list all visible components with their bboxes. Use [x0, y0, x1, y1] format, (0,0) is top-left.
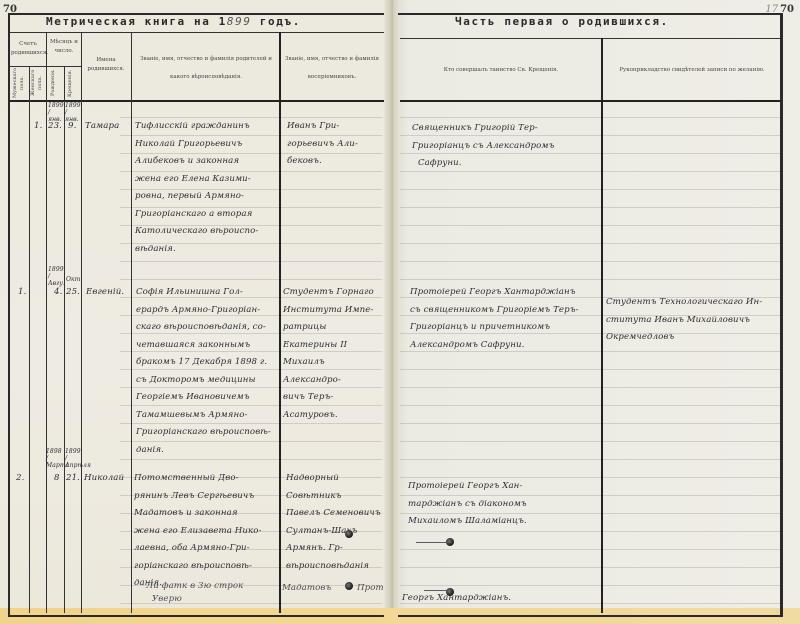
header-date-group: Мѣсяцъ и число.	[47, 38, 81, 56]
record-3-godparent-signature-2: Прот	[357, 580, 384, 598]
header-officiant: Кто совершалъ таинство Св. Крещенія.	[405, 66, 597, 75]
record-1-name: Тамара	[85, 118, 119, 136]
header-date-birth: Рожденія.	[50, 68, 57, 98]
header-top-line-right	[400, 38, 780, 39]
record-2-birth-day: 4.	[54, 284, 62, 302]
record-3-parents-signature: Ли фатк в 3ю строкУверю	[146, 580, 266, 606]
record-1-male-no: 1.	[34, 118, 42, 136]
record-1-officiant: Священникъ Григорій Тер-Григоріанцъ съ А…	[412, 120, 598, 173]
record-1-parents: Тифлисскій гражданинъНиколай Григорьевич…	[135, 118, 285, 258]
record-3-parents: Потомственный Дво-рянинъ Левъ Сергѣевичъ…	[134, 470, 282, 593]
header-top-line-left	[10, 32, 384, 33]
record-3-godparents: Надворный СовѣтникъПавелъ СеменовичъСулт…	[286, 470, 382, 575]
record-3-male-no: 2.	[16, 470, 24, 488]
record-1-godparents: Иванъ Гри-горьевичъ Али-бековъ.	[287, 118, 379, 171]
record-2-parents: Софія Ильинишна Гол-ерардъ Армяно-Григор…	[136, 284, 282, 459]
header-count-male: Мужескаго пола.	[12, 68, 26, 98]
header-godparents: Званіе, имя, отчество и фамилія воспріем…	[284, 50, 380, 86]
record-3-birth-month: 1898 / Марта	[46, 448, 64, 469]
register-spread: 70 1770 Метрическая книга на 1899 годъ. …	[0, 0, 800, 624]
record-2-baptism-day: 25.	[66, 284, 80, 302]
record-2-male-no: 1.	[18, 284, 26, 302]
col-line-male	[29, 66, 30, 613]
title-left: Метрическая книга на 1899 годъ.	[46, 15, 301, 28]
header-count-female: Женскаго пола.	[30, 68, 44, 98]
header-count-group: Счетъ родившихся.	[11, 40, 45, 58]
binding-thread	[416, 542, 448, 543]
record-1-birth-day: 23.	[48, 118, 62, 136]
header-parents: Званіе, имя, отчество и фамилія родителе…	[134, 50, 278, 86]
title-right: Часть первая о родившихся.	[455, 15, 669, 28]
record-3-birth-day: 8	[54, 470, 60, 488]
col-line-name	[131, 32, 132, 613]
record-3-officiant-signature: Георгъ Хантарджіанъ.	[402, 590, 594, 608]
record-3-baptism-day: 21.	[66, 470, 80, 488]
record-2-officiant: Протоіерей Георгъ Хантарджіанъсъ священн…	[410, 284, 600, 354]
record-2-name: Евгеній.	[86, 284, 124, 302]
header-bottom-line-right	[400, 100, 780, 102]
binding-hole	[345, 582, 353, 590]
col-line-officiant	[601, 38, 603, 613]
binding-hole	[345, 530, 353, 538]
record-3-godparent-signature: Мадатовъ	[282, 580, 302, 598]
header-witnesses: Рукоприкладство свидѣтелей записи по жел…	[606, 66, 778, 75]
record-3-officiant: Протоіерей Георгъ Хан-тарджіанъ съ діако…	[408, 478, 600, 531]
record-2-baptism-month: Окт.	[66, 276, 82, 283]
col-line-baptism	[81, 32, 82, 613]
record-3-baptism-month: 1899 / Апрѣля	[65, 448, 83, 469]
header-child-name: Имена родившихся.	[84, 56, 128, 74]
col-line-female	[46, 32, 47, 613]
col-line-birth	[64, 66, 65, 613]
record-1-baptism-day: 9.	[68, 118, 76, 136]
record-2-witnesses: Студентъ Технологическаго Ин-ститута Ива…	[606, 294, 782, 347]
header-date-baptism: Крещенія.	[67, 68, 74, 98]
record-3-name: Николай	[84, 470, 124, 488]
record-2-godparents: Студентъ ГорнагоИнститута Импе-ратрицы Е…	[283, 284, 379, 424]
binding-thread	[424, 590, 448, 591]
